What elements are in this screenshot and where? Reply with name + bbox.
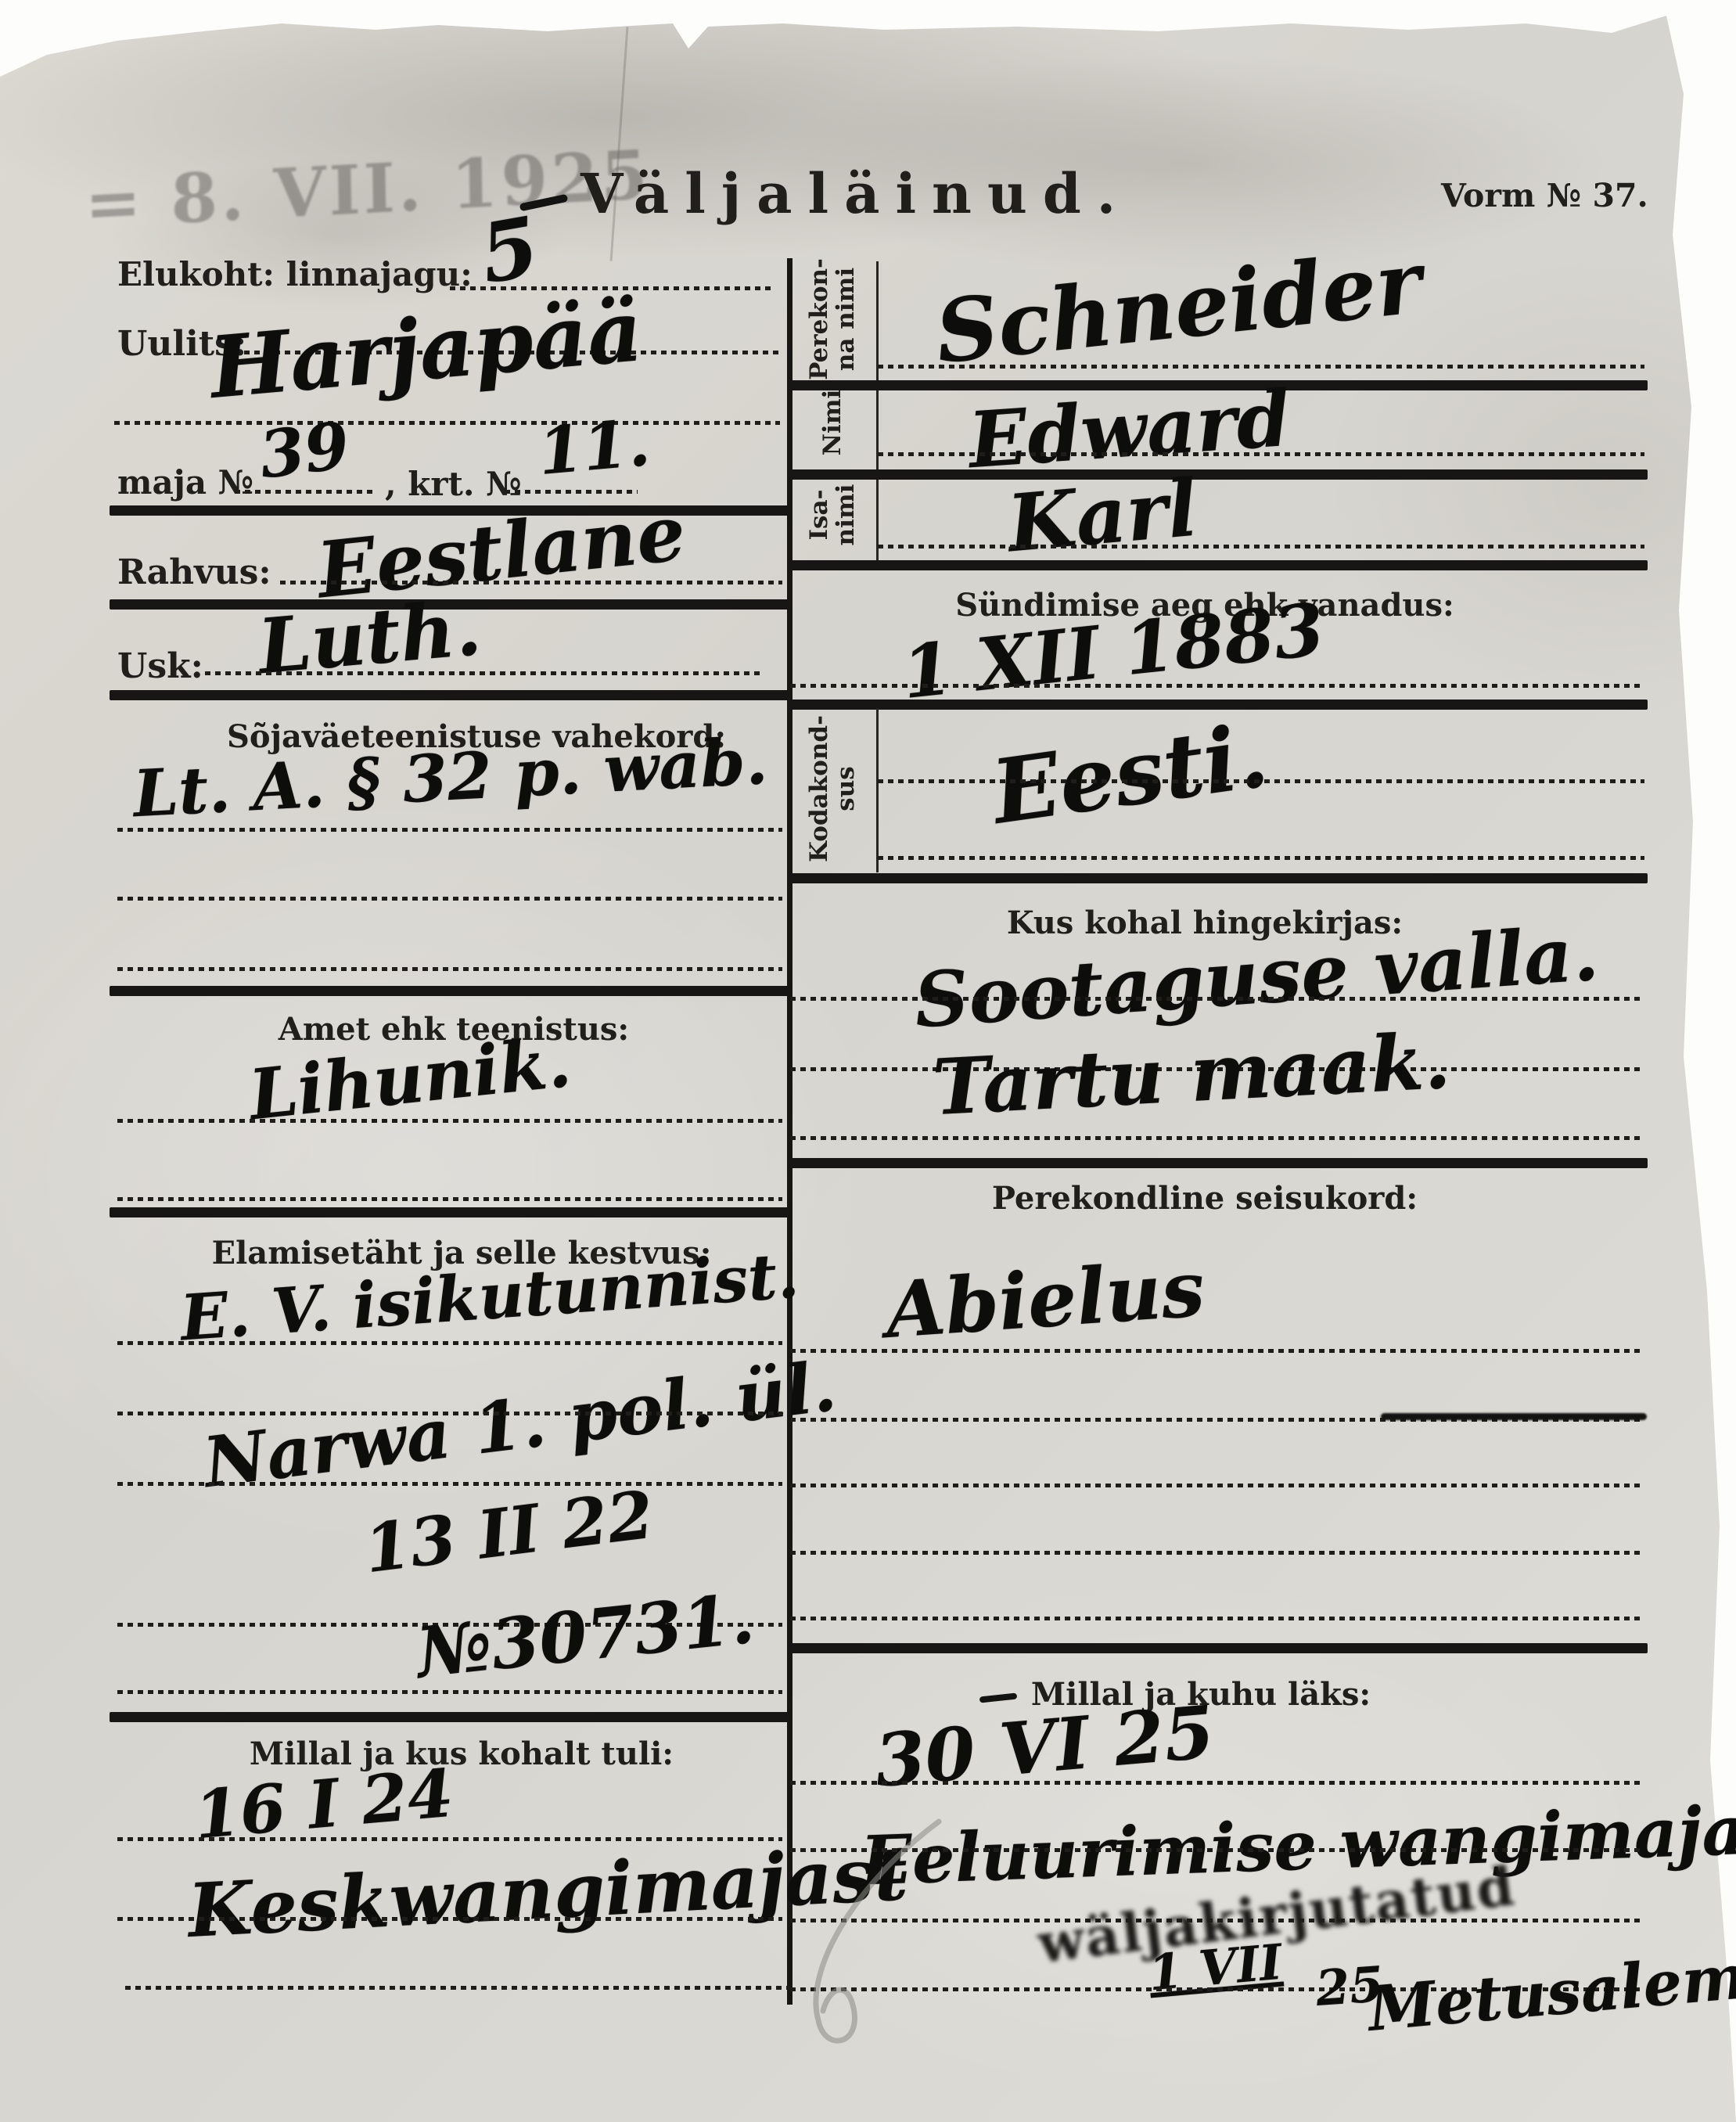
arrived-line-1 [117,1837,782,1841]
arrived-line-3 [125,1986,790,1990]
family-line-4 [790,1551,1644,1555]
ink-smudge [1381,1413,1647,1420]
apartment-line [505,490,638,494]
name-label-divider [876,261,879,562]
fathersname-side-label: Isa- nimi [806,484,859,546]
family-label: Perekondline seisukord: [970,1180,1439,1217]
citizenship-line-1 [878,779,1644,783]
registry-line-3 [790,1136,1644,1140]
military-line-3 [117,967,782,971]
citizenship-label-divider [876,708,879,872]
nationality-label: Rahvus: [117,552,271,592]
apartment-value: 11. [535,405,652,490]
house-line [235,490,374,494]
section-rule [789,873,1648,883]
family-line-1 [790,1349,1644,1353]
permit-line-1 [117,1341,782,1345]
column-divider [787,258,793,2005]
section-rule [110,1712,789,1722]
firstname-line [878,452,1644,456]
page-title: Väljaläinud. [580,161,1131,226]
military-line-1 [117,828,782,832]
deregistered-day: 1 VII [1146,1933,1285,2002]
section-rule [789,1158,1648,1168]
section-rule [789,560,1648,570]
fathersname-line [878,545,1644,548]
family-line-3 [790,1484,1644,1487]
section-rule [789,1643,1648,1653]
occupation-line-1 [117,1119,782,1123]
religion-label: Usk: [117,646,203,686]
street-line-2 [114,421,780,425]
surname-side-label: Perekon- na nimi [806,258,859,380]
section-rule [789,700,1648,710]
fathersname-value: Karl [1004,462,1201,570]
permit-line-5 [117,1690,782,1694]
section-rule [110,690,789,700]
military-line-2 [117,897,782,901]
section-rule [110,1207,789,1217]
house-value: 39 [256,408,354,493]
registry-line-1 [790,997,1644,1001]
occupation-line-2 [117,1197,782,1201]
permit-line-3 [117,1482,782,1486]
citizenship-side-label: Kodakond- sus [806,715,859,862]
birth-line [790,684,1644,688]
permit-line-2 [117,1412,782,1415]
pencil-mark [782,1815,986,2081]
family-line-5 [790,1617,1644,1620]
form-number: Vorm № 37. [1441,177,1648,214]
residence-label: Elukoht: linnajagu: [117,255,473,293]
citizenship-line-2 [878,856,1644,860]
section-rule [789,469,1648,480]
departed-line-1 [790,1781,1644,1785]
religion-line [205,671,760,675]
firstname-side-label: Nimi [819,390,846,456]
scanned-registration-card: = 8. VII. 1925 5 Väljaläinud. Vorm № 37.… [0,0,1736,2122]
section-rule [110,986,789,996]
apartment-label: , krt. № [385,465,522,503]
arrived-line-2 [117,1917,782,1921]
surname-line [878,365,1644,369]
nationality-line [280,581,782,584]
house-label: maja № [117,463,253,502]
